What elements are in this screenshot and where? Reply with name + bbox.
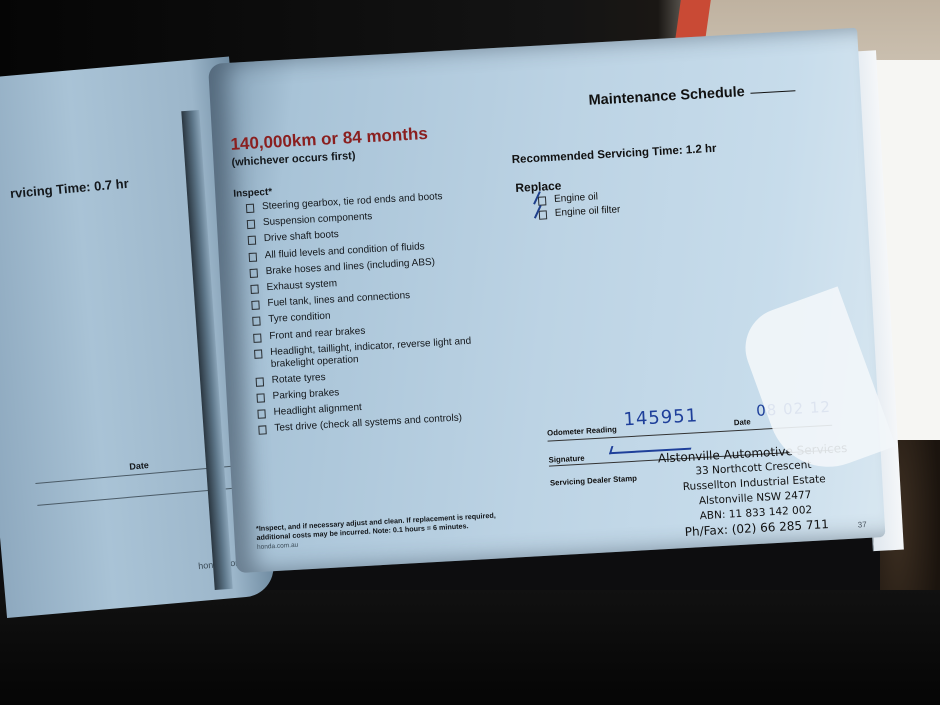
replace-list: Engine oil Engine oil filter bbox=[538, 190, 621, 223]
right-page: 140,000km or 84 months (whichever occurs… bbox=[208, 28, 885, 573]
inspect-label: Inspect* bbox=[233, 187, 272, 200]
recommended-servicing-time: Recommended Servicing Time: 1.2 hr bbox=[512, 143, 717, 166]
checkbox-icon bbox=[252, 317, 260, 326]
checkbox-icon bbox=[539, 210, 547, 219]
section-title: Maintenance Schedule bbox=[588, 81, 796, 109]
left-servicing-time: rvicing Time: 0.7 hr bbox=[9, 176, 129, 201]
background-bottom bbox=[0, 590, 940, 705]
footnote: *Inspect, and if necessary adjust and cl… bbox=[256, 509, 527, 542]
inspect-list: Steering gearbox, tie rod ends and boots… bbox=[246, 190, 484, 441]
footnote-website: honda.com.au bbox=[257, 542, 299, 551]
page-number: 37 bbox=[857, 520, 866, 529]
odometer-label: Odometer Reading bbox=[547, 425, 617, 438]
left-date-label: Date bbox=[129, 460, 149, 472]
replace-item: Engine oil filter bbox=[539, 204, 621, 220]
title-rule bbox=[751, 90, 796, 94]
checkbox-icon bbox=[258, 426, 266, 435]
background-red-object bbox=[675, 0, 711, 40]
interval-title: 140,000km or 84 months bbox=[230, 124, 428, 155]
checkbox-icon bbox=[247, 220, 255, 229]
left-rule-line bbox=[37, 487, 236, 505]
service-date-label: Date bbox=[734, 417, 751, 427]
checkbox-icon bbox=[246, 204, 254, 213]
checkbox-icon bbox=[256, 393, 264, 402]
checkbox-icon bbox=[253, 333, 261, 342]
odometer-value: 145951 bbox=[623, 405, 699, 430]
checkbox-icon bbox=[254, 349, 262, 358]
checkbox-icon bbox=[250, 284, 258, 293]
checkbox-icon bbox=[249, 268, 257, 277]
checkbox-icon bbox=[251, 301, 259, 310]
checkbox-icon bbox=[256, 377, 264, 386]
checkbox-icon bbox=[249, 252, 257, 261]
dealer-stamp-label: Servicing Dealer Stamp bbox=[550, 474, 637, 488]
checkbox-icon bbox=[257, 410, 265, 419]
checkbox-icon bbox=[248, 236, 256, 245]
